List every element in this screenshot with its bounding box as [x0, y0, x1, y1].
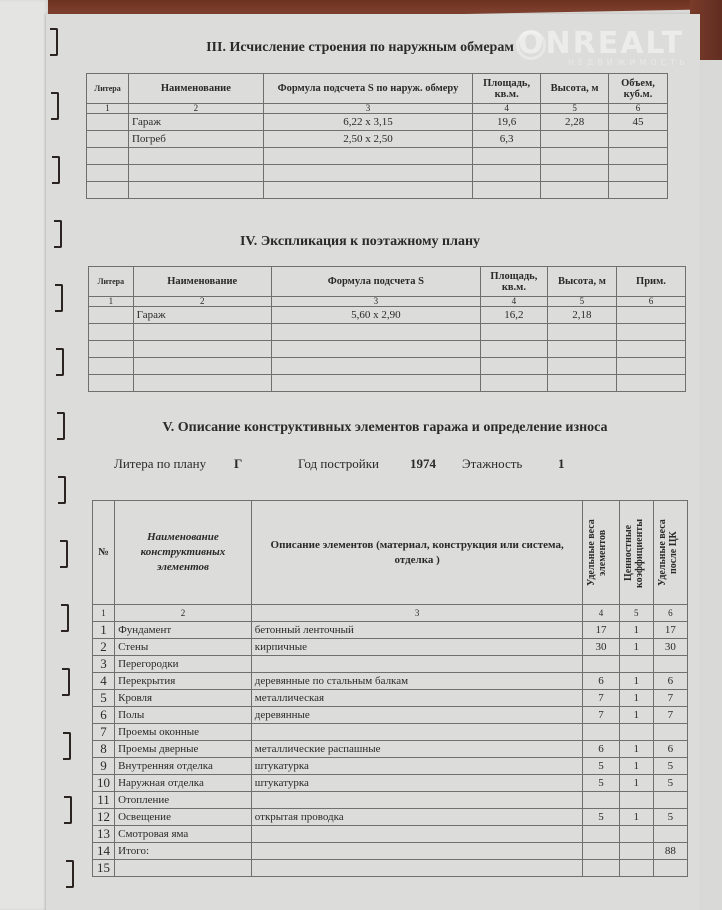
floors-label: Этажность — [462, 456, 522, 472]
table-cell: 16,2 — [480, 307, 547, 324]
table-cell — [619, 843, 653, 860]
column-number: 3 — [271, 297, 480, 307]
table-cell: 7 — [93, 724, 115, 741]
table-cell: 1 — [619, 741, 653, 758]
binding-ring — [55, 284, 63, 312]
table-cell: 1 — [619, 758, 653, 775]
column-numbers-row: 123456 — [87, 104, 668, 114]
column-number: 5 — [547, 297, 616, 307]
table-cell — [547, 358, 616, 375]
table-cell — [133, 375, 271, 392]
column-number: 5 — [619, 605, 653, 622]
facing-page — [0, 0, 48, 910]
table-row — [89, 375, 686, 392]
table-cell — [583, 843, 619, 860]
column-number: 6 — [616, 297, 685, 307]
section5-title: V. Описание конструктивных элементов гар… — [150, 420, 620, 436]
table-row: 7Проемы оконные — [93, 724, 688, 741]
table-cell — [87, 114, 129, 131]
table-cell: 12 — [93, 809, 115, 826]
table-row: 1Фундаментбетонный ленточный17117 — [93, 622, 688, 639]
header-litera: Литера — [89, 267, 134, 297]
table-cell: 6 — [653, 673, 687, 690]
table-cell: 15 — [93, 860, 115, 877]
binding-ring — [58, 476, 66, 504]
table-cell: Стены — [115, 639, 252, 656]
table-row — [89, 341, 686, 358]
section3-title: III. Исчисление строения по наружным обм… — [90, 40, 630, 56]
header-formula: Формула подсчета S по наруж. обмеру — [263, 74, 472, 104]
table-cell — [263, 182, 472, 199]
column-number: 6 — [609, 104, 668, 114]
table-row: 11Отопление — [93, 792, 688, 809]
table-row: 5Кровляметаллическая717 — [93, 690, 688, 707]
header-weights-after: Удельные веса после ЦК — [653, 501, 687, 605]
table-cell: 5 — [653, 809, 687, 826]
table-cell — [87, 165, 129, 182]
table-row — [87, 182, 668, 199]
table-cell — [619, 656, 653, 673]
header-weights: Удельные веса элементов — [583, 501, 619, 605]
header-note: Прим. — [616, 267, 685, 297]
table-cell — [89, 375, 134, 392]
header-volume: Объем, куб.м. — [609, 74, 668, 104]
litera-value: Г — [234, 456, 242, 472]
binding-ring — [66, 860, 74, 888]
table-cell: Освещение — [115, 809, 252, 826]
table-row: 2Стеныкирпичные30130 — [93, 639, 688, 656]
table-cell: 45 — [609, 114, 668, 131]
floors-value: 1 — [558, 456, 565, 472]
header-formula: Формула подсчета S — [271, 267, 480, 297]
binding-ring — [63, 732, 71, 760]
table-cell: кирпичные — [251, 639, 583, 656]
table-cell — [251, 843, 583, 860]
table-cell — [653, 724, 687, 741]
column-number: 1 — [89, 297, 134, 307]
table-cell — [541, 165, 609, 182]
table-cell: 8 — [93, 741, 115, 758]
table-row: Гараж5,60 х 2,9016,22,18 — [89, 307, 686, 324]
table-cell: 17 — [653, 622, 687, 639]
binding-ring — [50, 28, 58, 56]
table-cell — [263, 165, 472, 182]
table-cell — [480, 324, 547, 341]
table-cell: 10 — [93, 775, 115, 792]
table-cell — [89, 324, 134, 341]
table-cell: 17 — [583, 622, 619, 639]
table-cell — [547, 324, 616, 341]
table-cell: Перекрытия — [115, 673, 252, 690]
table-cell: Гараж — [133, 307, 271, 324]
column-number: 4 — [473, 104, 541, 114]
table-cell: 2,28 — [541, 114, 609, 131]
table-cell — [251, 860, 583, 877]
binding-ring — [62, 668, 70, 696]
column-number: 3 — [263, 104, 472, 114]
column-number: 2 — [133, 297, 271, 307]
binding-ring — [61, 604, 69, 632]
table-cell — [480, 358, 547, 375]
table-cell — [271, 324, 480, 341]
table-cell: Фундамент — [115, 622, 252, 639]
table-cell — [583, 826, 619, 843]
table-cell: 11 — [93, 792, 115, 809]
table-cell: 1 — [619, 775, 653, 792]
table-cell — [128, 165, 263, 182]
table-cell: 5 — [93, 690, 115, 707]
table-cell: 9 — [93, 758, 115, 775]
binding-ring — [52, 156, 60, 184]
table-row: 3Перегородки — [93, 656, 688, 673]
table-cell — [583, 724, 619, 741]
table-row — [87, 148, 668, 165]
table-cell: Гараж — [128, 114, 263, 131]
table-cell: 1 — [619, 707, 653, 724]
table-cell: 5 — [583, 809, 619, 826]
column-number: 3 — [251, 605, 583, 622]
table-cell: бетонный ленточный — [251, 622, 583, 639]
table-cell — [583, 792, 619, 809]
table-cell — [541, 131, 609, 148]
table-cell: 5 — [653, 758, 687, 775]
table-cell: открытая проводка — [251, 809, 583, 826]
year-value: 1974 — [410, 456, 436, 472]
table-cell: Кровля — [115, 690, 252, 707]
table-row: 10Наружная отделкаштукатурка515 — [93, 775, 688, 792]
binding-ring — [57, 412, 65, 440]
watermark-subtitle: НЕДВИЖИМОСТЬ — [568, 58, 689, 67]
table-cell: Внутренняя отделка — [115, 758, 252, 775]
header-number: № — [93, 501, 115, 605]
table-cell: 6 — [653, 741, 687, 758]
header-element-name: Наименование конструктивных элементов — [115, 501, 252, 605]
table-cell: Проемы дверные — [115, 741, 252, 758]
table-cell — [609, 131, 668, 148]
section5-table: № Наименование конструктивных элементов … — [92, 500, 688, 877]
column-number: 4 — [480, 297, 547, 307]
header-area: Площадь, кв.м. — [473, 74, 541, 104]
table-cell: 6 — [583, 741, 619, 758]
table-cell — [263, 148, 472, 165]
header-height: Высота, м — [541, 74, 609, 104]
table-cell: 30 — [653, 639, 687, 656]
table-cell — [616, 358, 685, 375]
table-cell — [133, 341, 271, 358]
binding-ring — [56, 348, 64, 376]
header-height: Высота, м — [547, 267, 616, 297]
table-cell — [547, 375, 616, 392]
table-cell: 4 — [93, 673, 115, 690]
table-row: Погреб2,50 х 2,506,3 — [87, 131, 668, 148]
table-cell — [89, 341, 134, 358]
table-cell — [653, 826, 687, 843]
table-cell: Погреб — [128, 131, 263, 148]
section4-title: IV. Экспликация к поэтажному плану — [90, 234, 630, 250]
table-cell: 1 — [619, 690, 653, 707]
table-cell — [89, 358, 134, 375]
table-row: 9Внутренняя отделкаштукатурка515 — [93, 758, 688, 775]
table-row — [89, 358, 686, 375]
table-cell — [89, 307, 134, 324]
header-name: Наименование — [133, 267, 271, 297]
table-row: 14Итого:88 — [93, 843, 688, 860]
table-row: 8Проемы дверныеметаллические распашные61… — [93, 741, 688, 758]
table-cell: штукатурка — [251, 775, 583, 792]
column-number: 1 — [93, 605, 115, 622]
table-cell — [653, 656, 687, 673]
table-cell — [473, 148, 541, 165]
table-cell — [271, 358, 480, 375]
section4-table: Литера Наименование Формула подсчета S П… — [88, 266, 686, 392]
table-cell: 5,60 х 2,90 — [271, 307, 480, 324]
table-cell: металлические распашные — [251, 741, 583, 758]
table-cell — [616, 307, 685, 324]
table-row: 4Перекрытиядеревянные по стальным балкам… — [93, 673, 688, 690]
table-cell — [619, 792, 653, 809]
table-cell: 6 — [93, 707, 115, 724]
table-cell: Итого: — [115, 843, 252, 860]
table-cell: 5 — [653, 775, 687, 792]
table-cell — [251, 826, 583, 843]
litera-label: Литера по плану — [114, 456, 206, 472]
column-number: 6 — [653, 605, 687, 622]
binding-ring — [51, 92, 59, 120]
table-cell: 30 — [583, 639, 619, 656]
table-cell — [619, 724, 653, 741]
column-number: 4 — [583, 605, 619, 622]
table-cell — [619, 860, 653, 877]
binding-ring — [60, 540, 68, 568]
header-litera: Литера — [87, 74, 129, 104]
header-area: Площадь, кв.м. — [480, 267, 547, 297]
table-cell: 1 — [619, 639, 653, 656]
header-name: Наименование — [128, 74, 263, 104]
table-row: 6Полыдеревянные717 — [93, 707, 688, 724]
table-cell: Перегородки — [115, 656, 252, 673]
table-cell — [547, 341, 616, 358]
column-number: 5 — [541, 104, 609, 114]
table-cell: 6 — [583, 673, 619, 690]
table-cell: 6,3 — [473, 131, 541, 148]
column-numbers-row: 123456 — [89, 297, 686, 307]
table-cell — [251, 792, 583, 809]
table-cell — [133, 358, 271, 375]
table-cell — [480, 375, 547, 392]
table-cell — [541, 148, 609, 165]
table-cell: деревянные — [251, 707, 583, 724]
table-cell: Смотровая яма — [115, 826, 252, 843]
column-number: 1 — [87, 104, 129, 114]
binding-ring — [54, 220, 62, 248]
table-row: 12Освещениеоткрытая проводка515 — [93, 809, 688, 826]
table-cell: 1 — [619, 809, 653, 826]
table-cell: 6,22 х 3,15 — [263, 114, 472, 131]
table-cell: 7 — [653, 690, 687, 707]
table-cell — [251, 724, 583, 741]
year-label: Год постройки — [298, 456, 379, 472]
table-row: 15 — [93, 860, 688, 877]
table-cell: Проемы оконные — [115, 724, 252, 741]
table-cell — [271, 375, 480, 392]
table-cell: 14 — [93, 843, 115, 860]
table-cell: 13 — [93, 826, 115, 843]
table-cell: Полы — [115, 707, 252, 724]
table-row — [89, 324, 686, 341]
table-cell: Отопление — [115, 792, 252, 809]
table-cell — [653, 792, 687, 809]
table-cell: 3 — [93, 656, 115, 673]
table-cell: 2,50 х 2,50 — [263, 131, 472, 148]
table-cell — [87, 131, 129, 148]
table-cell — [87, 182, 129, 199]
header-description: Описание элементов (материал, конструкци… — [251, 501, 583, 605]
table-cell: 1 — [93, 622, 115, 639]
table-cell — [271, 341, 480, 358]
table-cell: 7 — [653, 707, 687, 724]
table-cell — [609, 165, 668, 182]
table-cell — [616, 341, 685, 358]
table-cell — [128, 148, 263, 165]
table-cell: 1 — [619, 673, 653, 690]
table-cell: штукатурка — [251, 758, 583, 775]
table-cell: 1 — [619, 622, 653, 639]
table-cell: 5 — [583, 775, 619, 792]
table-cell: деревянные по стальным балкам — [251, 673, 583, 690]
table-cell — [115, 860, 252, 877]
table-row: 13Смотровая яма — [93, 826, 688, 843]
table-cell: 2,18 — [547, 307, 616, 324]
table-cell: Наружная отделка — [115, 775, 252, 792]
table-cell — [619, 826, 653, 843]
table-cell — [87, 148, 129, 165]
table-cell — [609, 182, 668, 199]
table-cell — [616, 375, 685, 392]
section3-table: Литера Наименование Формула подсчета S п… — [86, 73, 668, 199]
table-cell — [583, 656, 619, 673]
table-cell: 7 — [583, 690, 619, 707]
header-coefficients: Ценностные коэффициенты — [619, 501, 653, 605]
table-cell — [583, 860, 619, 877]
table-row: Гараж6,22 х 3,1519,62,2845 — [87, 114, 668, 131]
table-cell: 2 — [93, 639, 115, 656]
table-cell — [133, 324, 271, 341]
table-cell — [480, 341, 547, 358]
table-cell: 5 — [583, 758, 619, 775]
table-cell — [609, 148, 668, 165]
table-cell — [473, 182, 541, 199]
table-cell: 19,6 — [473, 114, 541, 131]
table-cell — [128, 182, 263, 199]
table-cell — [251, 656, 583, 673]
table-row — [87, 165, 668, 182]
table-cell: 88 — [653, 843, 687, 860]
table-cell — [473, 165, 541, 182]
table-cell — [653, 860, 687, 877]
binding-ring — [64, 796, 72, 824]
column-number: 2 — [128, 104, 263, 114]
column-numbers-row: 123456 — [93, 605, 688, 622]
table-cell — [616, 324, 685, 341]
table-cell — [541, 182, 609, 199]
table-cell: 7 — [583, 707, 619, 724]
table-cell: металлическая — [251, 690, 583, 707]
column-number: 2 — [115, 605, 252, 622]
